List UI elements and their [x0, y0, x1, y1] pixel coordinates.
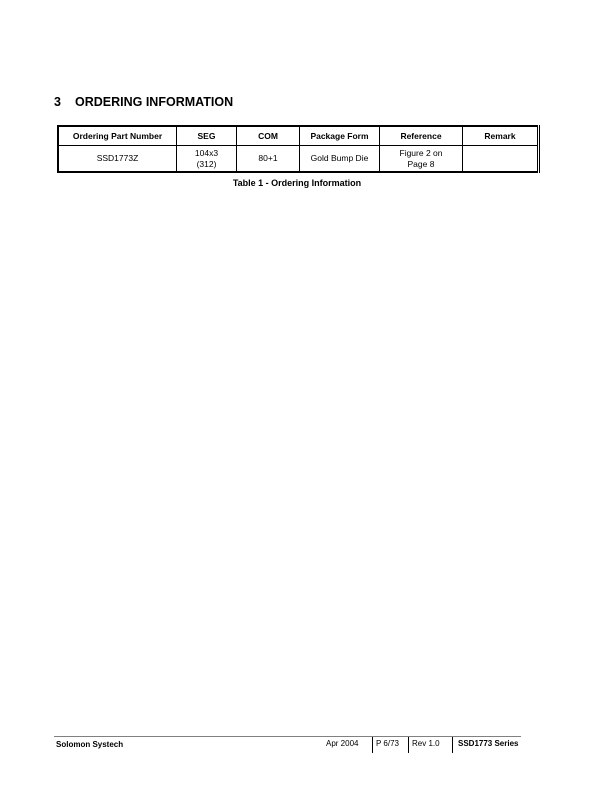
- cell-part-number: SSD1773Z: [58, 146, 177, 173]
- cell-remark: [463, 146, 539, 173]
- cell-reference: Figure 2 onPage 8: [380, 146, 463, 173]
- header-package-form: Package Form: [300, 126, 380, 146]
- cell-seg: 104x3(312): [177, 146, 237, 173]
- table-header-row: Ordering Part Number SEG COM Package For…: [58, 126, 539, 146]
- seg-line-1: 104x3: [195, 148, 218, 158]
- page-footer: Solomon Systech Apr 2004 P 6/73 Rev 1.0 …: [54, 736, 521, 753]
- header-remark: Remark: [463, 126, 539, 146]
- ordering-table: Ordering Part Number SEG COM Package For…: [57, 125, 540, 173]
- seg-line-2: (312): [197, 159, 217, 169]
- table-row: SSD1773Z 104x3(312) 80+1 Gold Bump Die F…: [58, 146, 539, 173]
- section-title: ORDERING INFORMATION: [75, 95, 233, 109]
- section-number: 3: [54, 95, 75, 109]
- table-caption: Table 1 - Ordering Information: [0, 178, 594, 188]
- cell-package-form: Gold Bump Die: [300, 146, 380, 173]
- header-reference: Reference: [380, 126, 463, 146]
- reference-line-1: Figure 2 on: [400, 148, 443, 158]
- footer-date: Apr 2004: [326, 737, 358, 753]
- header-part-number: Ordering Part Number: [58, 126, 177, 146]
- cell-com: 80+1: [237, 146, 300, 173]
- footer-company: Solomon Systech: [56, 740, 123, 749]
- footer-page-number: P 6/73: [372, 737, 399, 753]
- footer-series: SSD1773 Series: [452, 737, 519, 753]
- footer-revision: Rev 1.0: [408, 737, 440, 753]
- header-com: COM: [237, 126, 300, 146]
- section-heading: 3ORDERING INFORMATION: [54, 95, 233, 109]
- reference-line-2: Page 8: [408, 159, 435, 169]
- header-seg: SEG: [177, 126, 237, 146]
